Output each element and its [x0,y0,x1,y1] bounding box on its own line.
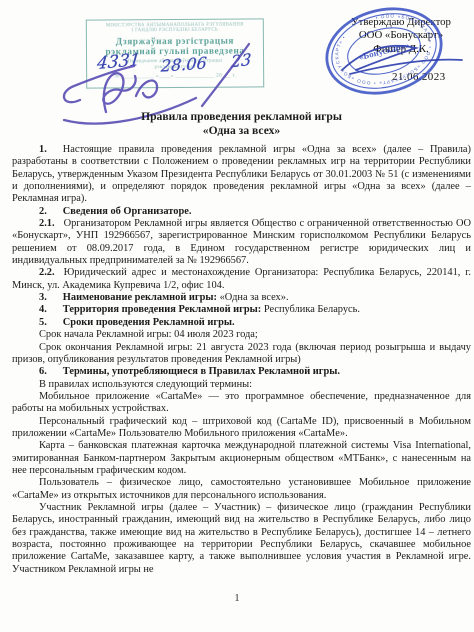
paragraph: 2.2.Юридический адрес и местонахождение … [12,267,471,292]
director-signature [332,34,472,82]
document-page: МІНІСТЭРСТВА АНТЫМАНАПОЛЬНАГА РЭГУЛЯВАНН… [0,0,474,632]
text-run: Республика Беларусь. [261,304,360,315]
text-run: Территория проведения Рекламной игры: [63,304,261,315]
document-title-line2: «Одна за всех» [12,124,471,138]
text-run: Наименование рекламной игры: [63,292,217,303]
paragraph-number: 6. [39,366,47,377]
paragraph: 3.Наименование рекламной игры: «Одна за … [12,292,471,304]
paragraph: Карта – банковская платежная карточка ме… [12,440,471,477]
document-title-line1: Правила проведения рекламной игры [12,110,471,124]
paragraph-number: 2.1. [39,218,55,229]
paragraph: Участник Рекламной игры (далее – Участни… [12,502,471,576]
paragraph: 6.Термины, употребляющиеся в Правилах Ре… [12,366,471,378]
text-run: Мобильное приложение «CartaMe» — это про… [12,391,471,414]
page-number: 1 [0,593,474,604]
stamp-authority-line2: І ГАНДЛЮ РЭСПУБЛІКІ БЕЛАРУСЬ [87,28,263,35]
text-run: Срок начала Рекламной игры: 04 июля 2023… [39,329,258,340]
text-run: В правилах используются следующий термин… [39,379,252,390]
text-run: Персональный графический код – штриховой… [12,416,471,439]
paragraph: Срок окончания Рекламной игры: 21 август… [12,342,471,367]
paragraph: 1.Настоящие правила проведения рекламной… [12,144,471,206]
paragraphs-container: 1.Настоящие правила проведения рекламной… [12,144,471,576]
paragraph-number: 2.2. [39,267,55,278]
document-body: Правила проведения рекламной игры «Одна … [12,110,471,576]
paragraph: Срок начала Рекламной игры: 04 июля 2023… [12,329,471,341]
paragraph: Персональный графический код – штриховой… [12,416,471,441]
paragraph: 4.Территория проведения Рекламной игры: … [12,304,471,316]
text-run: Организатором Рекламной игры является Об… [12,218,471,266]
text-run: Настоящие правила проведения рекламной и… [12,144,471,204]
paragraph-number: 1. [39,144,47,155]
text-run: Участник Рекламной игры (далее – Участни… [12,502,471,575]
paragraph-number: 2. [39,206,47,217]
text-run: «Одна за всех». [217,292,289,303]
paragraph-number: 5. [39,317,47,328]
paragraph-number: 3. [39,292,47,303]
paragraph: Пользователь – физическое лицо, самостоя… [12,477,471,502]
paragraph: 2.1.Организатором Рекламной игры являетс… [12,218,471,267]
paragraph: 5.Сроки проведения Рекламной игры. [12,317,471,329]
paragraph: Мобильное приложение «CartaMe» — это про… [12,391,471,416]
paragraph-number: 4. [39,304,47,315]
text-run: Термины, употребляющиеся в Правилах Рекл… [63,366,340,377]
text-run: Сроки проведения Рекламной игры. [63,317,235,328]
document-title: Правила проведения рекламной игры «Одна … [12,110,471,138]
text-run: Сведения об Организаторе. [63,206,192,217]
paragraph: 2.Сведения об Организаторе. [12,206,471,218]
paragraph: В правилах используются следующий термин… [12,379,471,391]
text-run: Карта – банковская платежная карточка ме… [12,440,471,476]
text-run: Пользователь – физическое лицо, самостоя… [12,477,471,500]
text-run: Юридический адрес и местонахождение Орга… [12,267,471,290]
text-run: Срок окончания Рекламной игры: 21 август… [12,342,471,365]
